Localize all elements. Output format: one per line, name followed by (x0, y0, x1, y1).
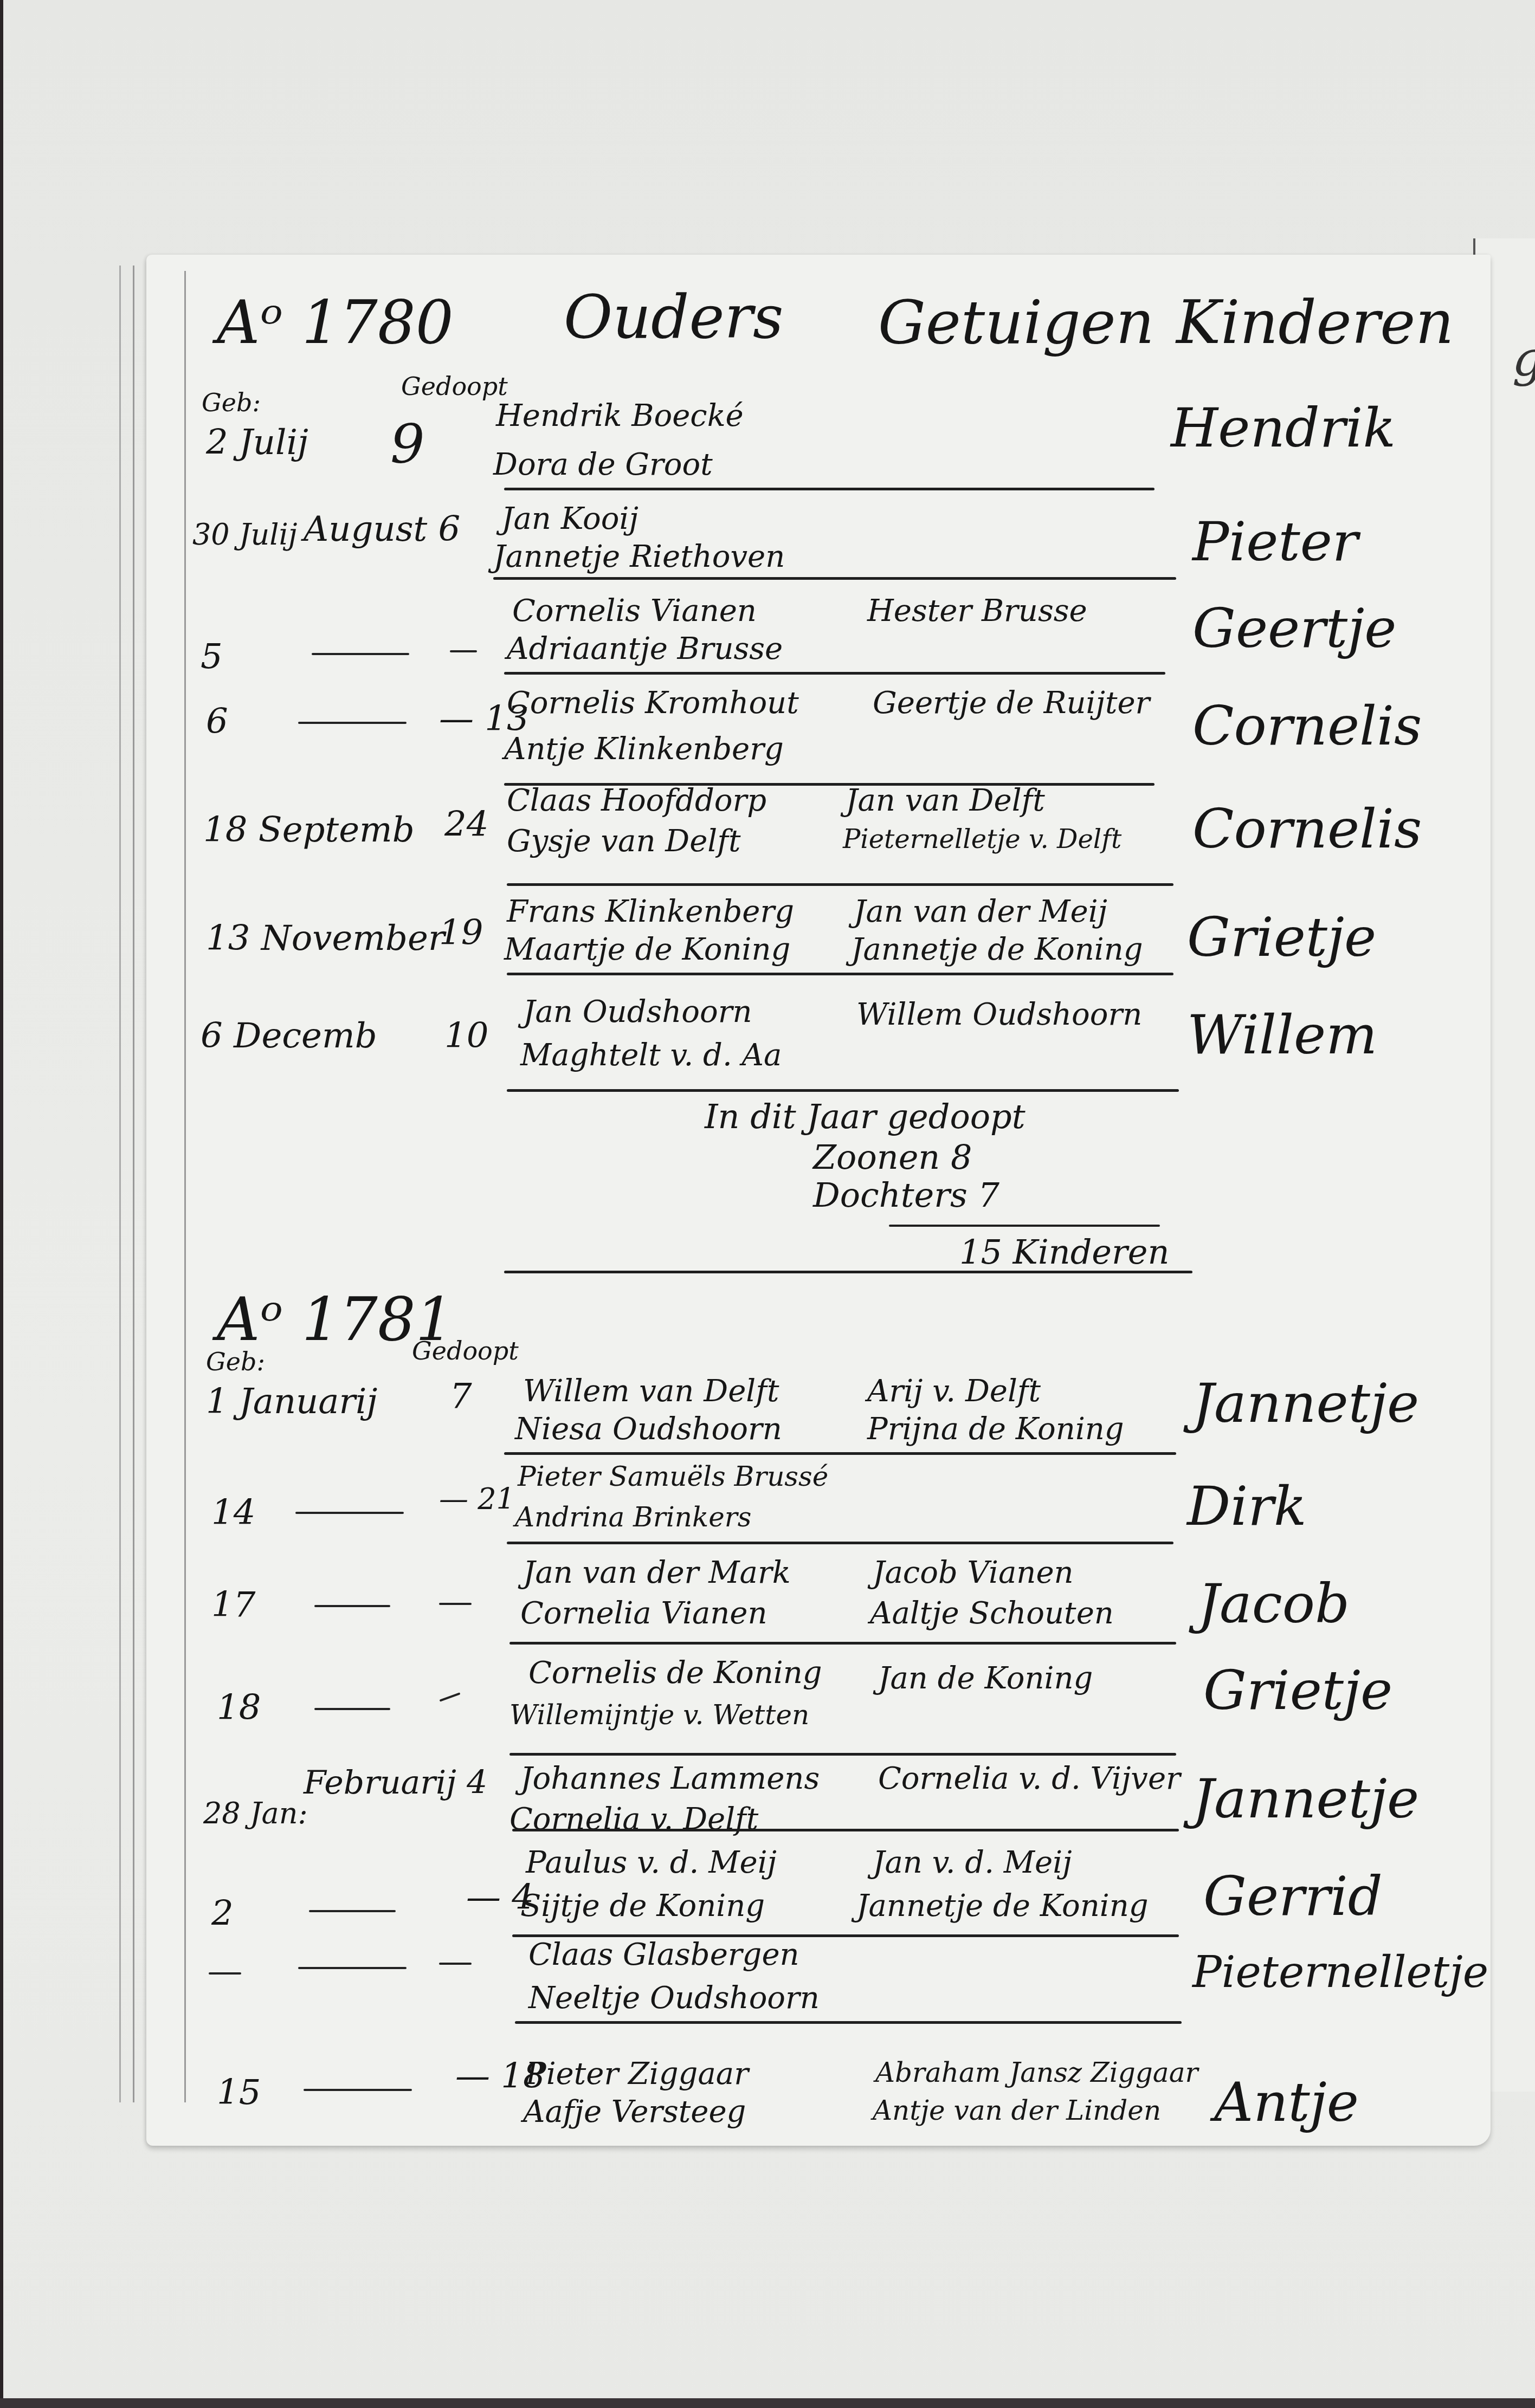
entry-baptized-date: 9 (390, 417, 425, 471)
entry-mother: Maghtelt v. d. Aa (520, 1040, 782, 1071)
entry-divider (509, 1642, 1176, 1645)
entry-born-date: 14 (211, 1496, 255, 1530)
entry-divider (504, 488, 1155, 490)
entry-mother: Andrina Brinkers (515, 1504, 751, 1531)
entry-witness: Jan de Koning (878, 1663, 1093, 1694)
entry-baptized-date: Februarij 4 (304, 1766, 487, 1799)
entry-father: Cornelis Vianen (512, 596, 757, 626)
entry-mother: Jannetje Riethoven (493, 542, 785, 572)
ditto-dash (309, 1910, 396, 1912)
column-header-parents: Ouders (564, 287, 784, 347)
entry-father: Frans Klinkenberg (507, 897, 794, 927)
entry-father: Cornelis de Koning (528, 1658, 822, 1688)
entry-witness: Jan v. d. Meij (873, 1848, 1072, 1878)
entry-mother: Sijtje de Koning (520, 1891, 765, 1921)
entry-witness: Jannetje de Koning (851, 935, 1143, 965)
entry-mother: Cornelia Vianen (520, 1598, 767, 1629)
entry-born-date: 18 Septemb (203, 813, 415, 847)
entry-child: Grietje (1187, 910, 1376, 965)
entry-witness: Geertje de Ruijter (873, 688, 1150, 718)
ditto-dash (209, 1972, 241, 1975)
entry-born-date: 5 (201, 639, 223, 674)
year-summary-sons: Zoonen 8 (813, 1141, 972, 1174)
entry-witness: Jan van der Meij (854, 897, 1107, 927)
entry-divider (507, 1542, 1173, 1544)
entry-child: Jannetje (1192, 1376, 1419, 1430)
entry-father: Pieter Ziggaar (526, 2059, 749, 2089)
entry-witness: Cornelia v. d. Vijver (878, 1764, 1181, 1794)
entry-witness: Jannetje de Koning (856, 1891, 1149, 1921)
summary-rule (889, 1225, 1160, 1227)
ditto-dash (298, 1967, 407, 1969)
entry-divider (507, 973, 1173, 975)
entry-mother: Gysje van Delft (507, 826, 740, 857)
entry-witness: Aaltje Schouten (870, 1598, 1114, 1629)
entry-mother: Neeltje Oudshoorn (528, 1983, 820, 2014)
entry-born-date: 30 Julij (192, 520, 298, 549)
entry-born-date: 15 (217, 2075, 261, 2110)
entry-mother: Dora de Groot (493, 450, 713, 480)
entry-divider (507, 1089, 1179, 1092)
entry-child: Jannetje (1192, 1772, 1419, 1826)
entry-born-date: 2 Julij (206, 425, 308, 460)
ditto-dash (298, 722, 407, 724)
entry-baptized-date: August 6 (304, 512, 460, 547)
entry-witness: Jacob Vianen (873, 1558, 1074, 1588)
entry-born-date: 17 (211, 1588, 255, 1622)
entry-father: Claas Glasbergen (528, 1940, 799, 1970)
entry-child: Cornelis (1192, 699, 1422, 753)
entry-father: Cornelis Kromhout (507, 688, 799, 718)
entry-father: Pieter Samuëls Brussé (518, 1463, 828, 1490)
baptized-label-1780: Gedoopt (401, 374, 508, 399)
entry-witness: Hester Brusse (867, 596, 1087, 626)
entry-mother: Antje Klinkenberg (504, 734, 784, 765)
margin-rule (184, 271, 186, 2102)
entry-born-date: 6 Decemb (201, 1019, 377, 1053)
year-summary-line: In dit Jaar gedoopt (705, 1100, 1026, 1134)
entry-divider (512, 1829, 1179, 1831)
entry-father: Paulus v. d. Meij (526, 1848, 777, 1878)
column-header-children: Kinderen (1176, 293, 1454, 352)
year-heading-1780: Aᵒ 1780 (217, 293, 454, 352)
ditto-dash (295, 1512, 404, 1514)
year-summary-total: 15 Kinderen (959, 1235, 1169, 1269)
entry-born-date: 28 Jan: (203, 1799, 308, 1828)
entry-child: Antje (1214, 2075, 1359, 2129)
entry-baptized-date: 19 (439, 916, 483, 950)
entry-born-date: 2 (211, 1896, 234, 1931)
ditto-dash (439, 1603, 472, 1605)
entry-baptized-date: 10 (444, 1019, 488, 1053)
entry-mother: Maartje de Koning (504, 935, 790, 965)
entry-witness: Arij v. Delft (867, 1376, 1041, 1407)
entry-witness: Abraham Jansz Ziggaar (875, 2059, 1198, 2086)
entry-witness: Antje van der Linden (873, 2097, 1161, 2124)
entry-divider (504, 672, 1165, 675)
entry-witness: Jan van Delft (846, 786, 1045, 816)
entry-baptized-date: 24 (444, 807, 488, 842)
entry-father: Claas Hoofddorp (507, 786, 766, 816)
entry-born-date: 1 Januarij (206, 1384, 377, 1419)
year-summary-daughters: Dochters 7 (813, 1179, 999, 1212)
ditto-dash (439, 1963, 472, 1965)
adjacent-page-glyph: g (1512, 331, 1535, 387)
entry-child: Cornelis (1192, 802, 1422, 856)
entry-born-date: 13 November (206, 921, 444, 956)
ditto-dash (304, 2089, 412, 2091)
entry-child: Grietje (1203, 1663, 1392, 1718)
entry-born-date: 6 (206, 704, 228, 739)
section-divider (504, 1271, 1192, 1273)
entry-mother: Aafje Versteeg (523, 2097, 746, 2127)
entry-child: Hendrik (1171, 401, 1396, 455)
entry-divider (493, 577, 1176, 580)
entry-child: Pieternelletje (1192, 1951, 1488, 1994)
ditto-dash (312, 653, 409, 655)
entry-divider (515, 2021, 1182, 2024)
entry-father: Hendrik Boecké (496, 401, 744, 431)
ditto-dash (314, 1605, 390, 1607)
entry-witness: Pieternelletje v. Delft (843, 826, 1121, 852)
entry-child: Geertje (1192, 601, 1396, 656)
entry-baptized-date: 7 (450, 1379, 472, 1414)
entry-father: Jan Kooij (501, 504, 638, 534)
entry-father: Jan van der Mark (523, 1558, 791, 1588)
entry-father: Jan Oudshoorn (523, 997, 752, 1027)
baptized-label-1781: Gedoopt (412, 1338, 519, 1363)
entry-father: Johannes Lammens (520, 1764, 820, 1794)
entry-child: Gerrid (1203, 1869, 1383, 1924)
entry-mother: Adriaantje Brusse (507, 634, 783, 664)
entry-divider (504, 1452, 1176, 1455)
born-label-1781: Geb: (206, 1349, 265, 1374)
entry-divider (509, 1753, 1176, 1756)
ditto-dash (450, 650, 477, 652)
entry-mother: Willemijntje v. Wetten (509, 1701, 809, 1729)
entry-child: Dirk (1187, 1479, 1307, 1533)
entry-witness: Willem Oudshoorn (856, 1000, 1142, 1030)
entry-child: Willem (1187, 1008, 1377, 1062)
entry-baptized-date: — 21 (439, 1485, 515, 1514)
entry-mother: Niesa Oudshoorn (515, 1414, 782, 1445)
column-header-witnesses: Getuigen (878, 293, 1155, 352)
ditto-dash (314, 1708, 390, 1710)
entry-born-date: 18 (217, 1691, 261, 1725)
entry-child: Pieter (1192, 515, 1358, 569)
entry-witness: Prijna de Koning (867, 1414, 1124, 1445)
entry-father: Willem van Delft (523, 1376, 779, 1407)
scan-border (0, 2398, 1535, 2408)
entry-child: Jacob (1198, 1577, 1350, 1631)
born-label-1780: Geb: (202, 390, 261, 415)
entry-divider (507, 883, 1173, 886)
